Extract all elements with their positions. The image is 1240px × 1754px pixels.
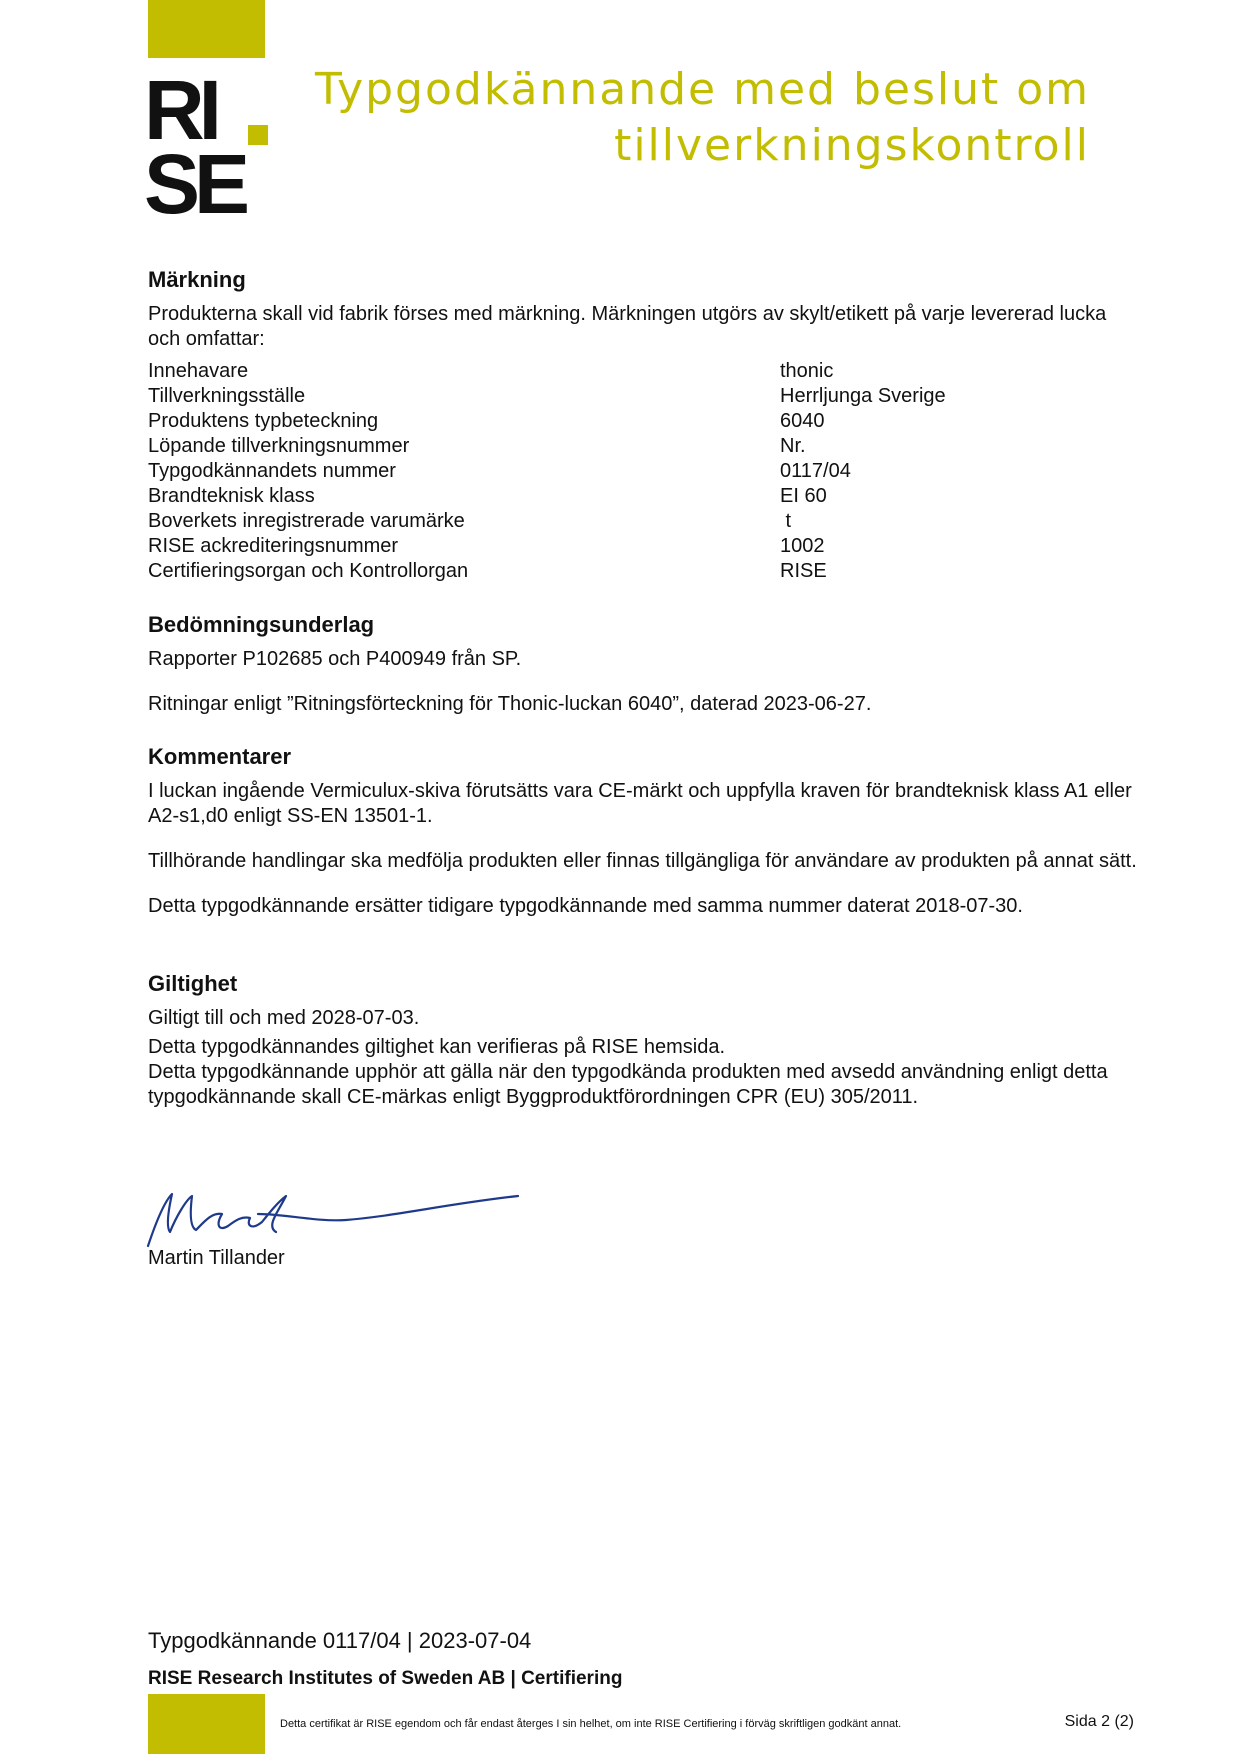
marking-value: EI 60 [780, 484, 1138, 509]
basis-drawings: Ritningar enligt ”Ritningsförteckning fö… [148, 692, 1138, 717]
marking-table: InnehavarethonicTillverkningsställeHerrl… [148, 359, 1138, 584]
comment-paragraph: Tillhörande handlingar ska medfölja prod… [148, 849, 1138, 874]
marking-row: RISE ackrediteringsnummer1002 [148, 534, 1138, 559]
marking-value: Herrljunga Sverige [780, 384, 1138, 409]
brand-accent-block-top [148, 0, 265, 58]
marking-value: 0117/04 [780, 459, 1138, 484]
signature-image [146, 1182, 526, 1252]
marking-key: Brandteknisk klass [148, 484, 780, 509]
marking-value: Nr. [780, 434, 1138, 459]
validity-verify: Detta typgodkännandes giltighet kan veri… [148, 1035, 1138, 1060]
marking-row: TillverkningsställeHerrljunga Sverige [148, 384, 1138, 409]
logo-text-se: SE [144, 142, 244, 226]
page-number: Sida 2 (2) [1065, 1713, 1134, 1731]
marking-row: Boverkets inregistrerade varumärke t [148, 509, 1138, 534]
document-title: Typgodkännande med beslut om tillverknin… [270, 62, 1090, 174]
section-validity: Giltighet Giltigt till och med 2028-07-0… [148, 970, 1138, 1110]
marking-key: Produktens typbeteckning [148, 409, 780, 434]
marking-row: Brandteknisk klassEI 60 [148, 484, 1138, 509]
section-marking: Märkning Produkterna skall vid fabrik fö… [148, 266, 1138, 584]
footer-disclaimer: Detta certifikat är RISE egendom och får… [280, 1718, 901, 1730]
comment-paragraph: Detta typgodkännande ersätter tidigare t… [148, 894, 1138, 919]
marking-key: Löpande tillverkningsnummer [148, 434, 780, 459]
marking-value: t [780, 509, 1138, 534]
section-heading-marking: Märkning [148, 266, 1138, 294]
marking-key: Certifieringsorgan och Kontrollorgan [148, 559, 780, 584]
footer-organization: RISE Research Institutes of Sweden AB | … [148, 1668, 622, 1690]
section-basis: Bedömningsunderlag Rapporter P102685 och… [148, 611, 1138, 717]
marking-key: Boverkets inregistrerade varumärke [148, 509, 780, 534]
marking-intro: Produkterna skall vid fabrik förses med … [148, 302, 1138, 352]
marking-row: Produktens typbeteckning6040 [148, 409, 1138, 434]
brand-accent-block-bottom [148, 1694, 265, 1754]
section-heading-basis: Bedömningsunderlag [148, 611, 1138, 639]
marking-key: Innehavare [148, 359, 780, 384]
logo-dot [248, 125, 268, 145]
marking-key: RISE ackrediteringsnummer [148, 534, 780, 559]
marking-row: Typgodkännandets nummer0117/04 [148, 459, 1138, 484]
section-heading-comments: Kommentarer [148, 743, 1138, 771]
title-line-1: Typgodkännande med beslut om [270, 62, 1090, 118]
marking-row: Certifieringsorgan och KontrollorganRISE [148, 559, 1138, 584]
title-line-2: tillverkningskontroll [270, 118, 1090, 174]
signer-name: Martin Tillander [148, 1247, 285, 1270]
section-comments: Kommentarer I luckan ingående Vermiculux… [148, 743, 1138, 919]
section-heading-validity: Giltighet [148, 970, 1138, 998]
marking-key: Tillverkningsställe [148, 384, 780, 409]
marking-value: 1002 [780, 534, 1138, 559]
marking-key: Typgodkännandets nummer [148, 459, 780, 484]
rise-logo: RI SE [148, 74, 268, 224]
marking-value: RISE [780, 559, 1138, 584]
marking-row: Löpande tillverkningsnummerNr. [148, 434, 1138, 459]
comment-paragraph: I luckan ingående Vermiculux-skiva förut… [148, 779, 1138, 829]
basis-reports: Rapporter P102685 och P400949 från SP. [148, 647, 1138, 672]
validity-date: Giltigt till och med 2028-07-03. [148, 1006, 1138, 1031]
marking-value: 6040 [780, 409, 1138, 434]
marking-row: Innehavarethonic [148, 359, 1138, 384]
footer-reference: Typgodkännande 0117/04 | 2023-07-04 [148, 1628, 531, 1654]
validity-expiry: Detta typgodkännande upphör att gälla nä… [148, 1060, 1138, 1110]
marking-value: thonic [780, 359, 1138, 384]
